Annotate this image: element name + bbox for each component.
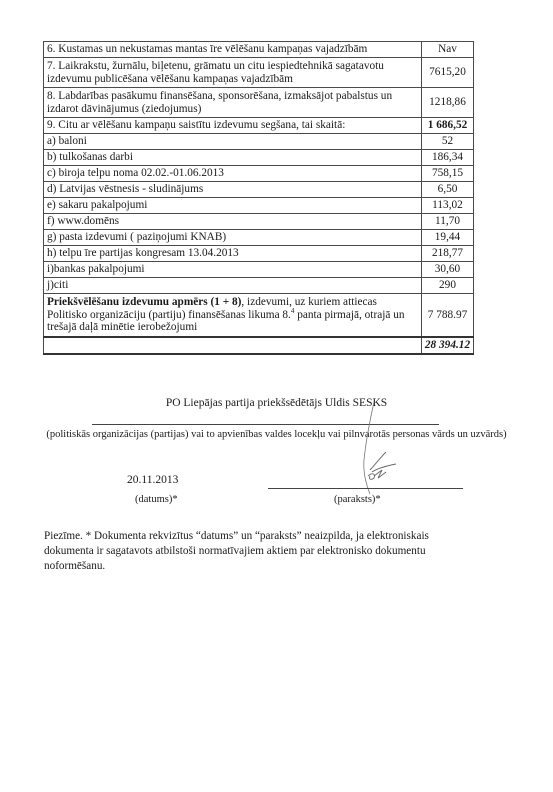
row-label: 8. Labdarības pasākumu finansēšana, spon… (44, 88, 422, 118)
expenses-table: 6. Kustamas un nekustamas mantas īre vēl… (43, 41, 474, 355)
row-value: 218,77 (422, 246, 474, 262)
row-value: 11,70 (422, 214, 474, 230)
footnote: Piezīme. * Dokumenta rekvizītus “datums”… (44, 529, 474, 574)
table-row: c) biroja telpu noma 02.02.-01.06.201375… (44, 166, 474, 182)
row-label: 6. Kustamas un nekustamas mantas īre vēl… (44, 42, 422, 58)
row-value: 6,50 (422, 182, 474, 198)
handwritten-signature-icon (330, 400, 410, 495)
row-value: 113,02 (422, 198, 474, 214)
row-label: i)bankas pakalpojumi (44, 262, 422, 278)
pre-election-row: Priekšvēlēšanu izdevumu apmērs (1 + 8), … (44, 294, 474, 338)
table-row: h) telpu īre partijas kongresam 13.04.20… (44, 246, 474, 262)
row-label: a) baloni (44, 134, 422, 150)
row-label: b) tulkošanas darbi (44, 150, 422, 166)
total-row: 28 394.12 (44, 337, 474, 354)
row-label: f) www.domēns (44, 214, 422, 230)
table-row: d) Latvijas vēstnesis - sludinājums6,50 (44, 182, 474, 198)
date-value: 20.11.2013 (127, 474, 178, 486)
total-value: 28 394.12 (422, 337, 474, 354)
signatory-name: PO Liepājas partija priekšsēdētājs Uldis… (0, 397, 553, 409)
row-label: c) biroja telpu noma 02.02.-01.06.2013 (44, 166, 422, 182)
table-row: b) tulkošanas darbi186,34 (44, 150, 474, 166)
table-row: 7. Laikrakstu, žurnālu, biļetenu, grāmat… (44, 58, 474, 88)
row-label: d) Latvijas vēstnesis - sludinājums (44, 182, 422, 198)
table-row: i)bankas pakalpojumi30,60 (44, 262, 474, 278)
row-value: 186,34 (422, 150, 474, 166)
row-label: 7. Laikrakstu, žurnālu, biļetenu, grāmat… (44, 58, 422, 88)
row-value: 7615,20 (422, 58, 474, 88)
row-label: g) pasta izdevumi ( paziņojumi KNAB) (44, 230, 422, 246)
row-value: 1 686,52 (422, 118, 474, 134)
row-label: h) telpu īre partijas kongresam 13.04.20… (44, 246, 422, 262)
row-value: Nav (422, 42, 474, 58)
row-label: j)citi (44, 278, 422, 294)
table-row: a) baloni52 (44, 134, 474, 150)
row-value: 758,15 (422, 166, 474, 182)
row-value: 1218,86 (422, 88, 474, 118)
signature-underline (268, 488, 463, 489)
table-row: 8. Labdarības pasākumu finansēšana, spon… (44, 88, 474, 118)
row-value: 30,60 (422, 262, 474, 278)
row-value: 52 (422, 134, 474, 150)
signature-label: (paraksts)* (334, 494, 381, 505)
pre-election-label: Priekšvēlēšanu izdevumu apmērs (1 + 8), … (44, 294, 422, 338)
table-row: g) pasta izdevumi ( paziņojumi KNAB)19,4… (44, 230, 474, 246)
row-value: 19,44 (422, 230, 474, 246)
row-label: 9. Citu ar vēlēšanu kampaņu saistītu izd… (44, 118, 422, 134)
total-label (44, 337, 422, 354)
date-label: (datums)* (135, 494, 178, 505)
signatory-caption: (politiskās organizācijas (partijas) vai… (0, 429, 553, 440)
table-row: j)citi290 (44, 278, 474, 294)
table-row: f) www.domēns11,70 (44, 214, 474, 230)
row-value: 290 (422, 278, 474, 294)
row-label: e) sakaru pakalpojumi (44, 198, 422, 214)
table-row: 6. Kustamas un nekustamas mantas īre vēl… (44, 42, 474, 58)
table-row: e) sakaru pakalpojumi113,02 (44, 198, 474, 214)
table-row: 9. Citu ar vēlēšanu kampaņu saistītu izd… (44, 118, 474, 134)
pre-election-value: 7 788.97 (422, 294, 474, 338)
